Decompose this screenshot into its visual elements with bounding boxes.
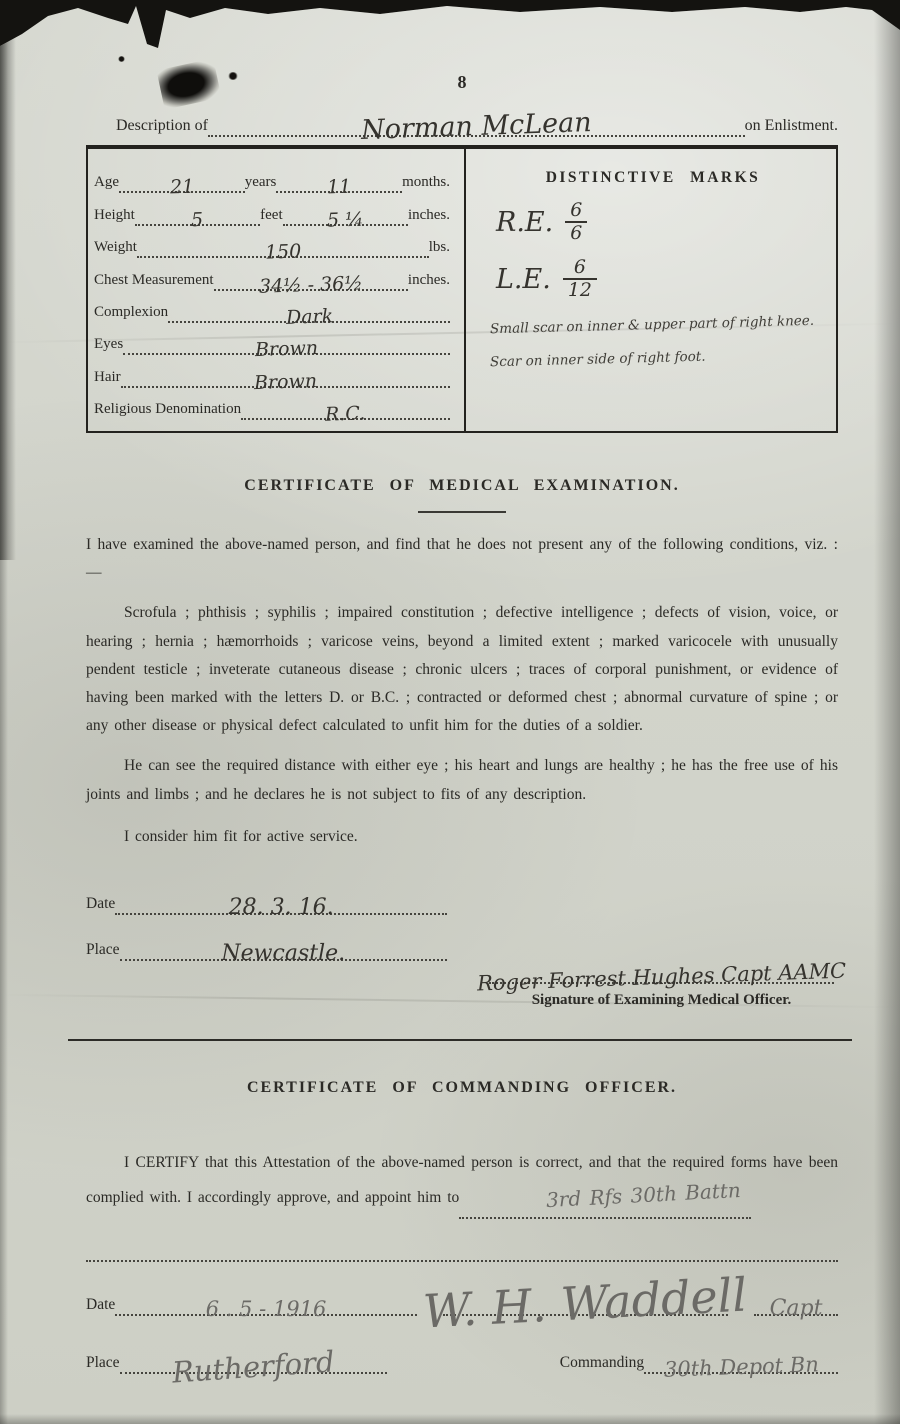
religion-label: Religious Denomination bbox=[94, 401, 241, 420]
field-row-age: Age 21 years 11 months. bbox=[94, 161, 450, 193]
height-feet-value: 5 bbox=[191, 209, 204, 231]
commanding-officer-signature: W. H. Waddell bbox=[422, 1267, 748, 1338]
left-eye-label: L.E. bbox=[496, 264, 551, 295]
scan-edge-shadow bbox=[0, 1414, 900, 1424]
fit-for-service-statement: I consider him fit for active service. bbox=[86, 823, 838, 851]
height-inches-value: 5 ¼ bbox=[327, 208, 364, 231]
commanding-date-row: Date 6 . 5 - 1916 W. H. Waddell Capt bbox=[86, 1276, 838, 1316]
title-divider bbox=[418, 511, 506, 513]
right-eye-label: R.E. bbox=[496, 207, 553, 238]
medical-place-row: Place Newcastle. bbox=[86, 941, 447, 961]
medical-place-value: Newcastle. bbox=[221, 941, 345, 966]
commanding-signature-field: W. H. Waddell bbox=[443, 1276, 728, 1316]
field-row-eyes: Eyes Brown bbox=[94, 323, 450, 355]
description-line: Description of Norman McLean on Enlistme… bbox=[86, 111, 838, 137]
age-label: Age bbox=[94, 174, 119, 193]
medical-place-field: Newcastle. bbox=[120, 941, 447, 961]
inches-unit: inches. bbox=[408, 207, 450, 226]
weight-value: 150 bbox=[264, 241, 301, 264]
right-eye-fraction: 6 6 bbox=[565, 201, 587, 244]
field-row-height: Height 5 feet 5 ¼ inches. bbox=[94, 193, 450, 225]
distinctive-mark-note: Small scar on inner & upper part of righ… bbox=[490, 313, 816, 338]
age-years-field: 21 bbox=[119, 176, 245, 193]
chest-label: Chest Measurement bbox=[94, 272, 214, 291]
distinctive-mark-note: Scar on inner side of right foot. bbox=[490, 346, 816, 371]
weight-label: Weight bbox=[94, 239, 137, 258]
left-eye-test: L.E. 6 12 bbox=[496, 258, 816, 301]
medical-signature-caption: Signature of Examining Medical Officer. bbox=[489, 992, 834, 1009]
eyes-label: Eyes bbox=[94, 336, 123, 355]
appointment-field: 3rd Rfs 30th Battn bbox=[459, 1180, 751, 1218]
commanding-unit-value: 30th Depot Bn bbox=[663, 1352, 819, 1381]
hair-field: Brown bbox=[121, 371, 450, 388]
commanding-certificate-title: CERTIFICATE OF COMMANDING OFFICER. bbox=[86, 1079, 838, 1097]
age-months-field: 11 bbox=[276, 176, 402, 193]
scan-edge-shadow bbox=[0, 0, 8, 1424]
commanding-date-value: 6 . 5 - 1916 bbox=[206, 1297, 327, 1321]
right-eye-test: R.E. 6 6 bbox=[496, 201, 816, 244]
commanding-unit-group: Commanding 30th Depot Bn bbox=[560, 1354, 838, 1374]
date-group: Date 6 . 5 - 1916 bbox=[86, 1296, 417, 1316]
left-eye-fraction: 6 12 bbox=[563, 258, 597, 301]
hair-label: Hair bbox=[94, 369, 121, 388]
scanned-document: 8 Description of Norman McLean on Enlist… bbox=[0, 0, 900, 1424]
medical-health-paragraph: He can see the required distance with ei… bbox=[86, 752, 838, 808]
medical-date-field: 28. 3. 16. bbox=[115, 895, 447, 915]
name-field: Norman McLean bbox=[208, 111, 745, 137]
dotted-rule bbox=[86, 1260, 838, 1262]
age-months-value: 11 bbox=[327, 176, 352, 199]
paper-speck bbox=[118, 56, 125, 62]
hair-value: Brown bbox=[253, 370, 317, 394]
chest-value: 34½ - 36½ bbox=[259, 272, 363, 298]
date-label: Date bbox=[86, 895, 115, 915]
recruit-name-handwriting: Norman McLean bbox=[361, 107, 593, 146]
appointment-value: 3rd Rfs 30th Battn bbox=[507, 1172, 741, 1221]
rank-value: Capt bbox=[770, 1296, 823, 1321]
commanding-place-value: Rutherford bbox=[171, 1344, 335, 1389]
medical-certificate-title: CERTIFICATE OF MEDICAL EXAMINATION. bbox=[86, 477, 838, 495]
enlistment-label: on Enlistment. bbox=[745, 117, 838, 137]
eyes-field: Brown bbox=[123, 338, 450, 355]
months-unit: months. bbox=[402, 174, 450, 193]
religion-value: R.C. bbox=[325, 402, 366, 425]
religion-field: R.C. bbox=[241, 403, 450, 420]
date-label: Date bbox=[86, 1296, 115, 1316]
commanding-place-row: Place Rutherford Commanding 30th Depot B… bbox=[86, 1350, 838, 1374]
commanding-date-field: 6 . 5 - 1916 bbox=[115, 1297, 417, 1316]
scan-edge-shadow bbox=[874, 0, 900, 1424]
feet-unit: feet bbox=[260, 207, 282, 226]
height-label: Height bbox=[94, 207, 135, 226]
physical-description-cell: Age 21 years 11 months. Height 5 feet 5 … bbox=[88, 149, 466, 431]
complexion-value: Dark bbox=[285, 305, 333, 329]
distinctive-marks-cell: DISTINCTIVE MARKS R.E. 6 6 L.E. 6 12 bbox=[466, 149, 836, 431]
description-table: Age 21 years 11 months. Height 5 feet 5 … bbox=[86, 145, 838, 433]
field-row-weight: Weight 150 lbs. bbox=[94, 226, 450, 258]
complexion-field: Dark bbox=[168, 306, 450, 323]
weight-field: 150 bbox=[137, 241, 429, 258]
age-years-value: 21 bbox=[169, 176, 194, 199]
paper-sheet: 8 Description of Norman McLean on Enlist… bbox=[0, 0, 900, 1424]
document-content: 8 Description of Norman McLean on Enlist… bbox=[0, 0, 900, 1374]
commanding-certify-paragraph: I CERTIFY that this Attestation of the a… bbox=[86, 1149, 838, 1216]
rank-field: Capt bbox=[754, 1296, 838, 1316]
medical-signature-block: Roger Forrest Hughes Capt AAMC Signature… bbox=[489, 965, 834, 1009]
chest-inches-unit: inches. bbox=[408, 272, 450, 291]
medical-intro-paragraph: I have examined the above-named person, … bbox=[86, 531, 838, 587]
distinctive-marks-title: DISTINCTIVE MARKS bbox=[490, 169, 816, 187]
commanding-place-field: Rutherford bbox=[120, 1350, 387, 1374]
chest-field: 34½ - 36½ bbox=[214, 274, 408, 291]
complexion-label: Complexion bbox=[94, 304, 168, 323]
commanding-label: Commanding bbox=[560, 1354, 644, 1374]
medical-conditions-paragraph: Scrofula ; phthisis ; syphilis ; impaire… bbox=[86, 599, 838, 740]
lbs-unit: lbs. bbox=[429, 239, 450, 258]
height-feet-field: 5 bbox=[135, 209, 260, 226]
place-label: Place bbox=[86, 1354, 120, 1374]
height-inches-field: 5 ¼ bbox=[283, 209, 408, 226]
eyes-value: Brown bbox=[255, 337, 319, 361]
paper-speck bbox=[228, 72, 238, 80]
description-label: Description of bbox=[116, 117, 208, 137]
place-group: Place Rutherford bbox=[86, 1350, 387, 1374]
years-unit: years bbox=[245, 174, 277, 193]
medical-date-row: Date 28. 3. 16. bbox=[86, 895, 447, 915]
section-divider bbox=[68, 1039, 852, 1041]
medical-signature-field: Roger Forrest Hughes Capt AAMC bbox=[489, 965, 834, 984]
place-label: Place bbox=[86, 941, 120, 961]
medical-officer-signature: Roger Forrest Hughes Capt AAMC bbox=[477, 959, 847, 996]
commanding-unit-field: 30th Depot Bn bbox=[644, 1355, 838, 1374]
medical-date-value: 28. 3. 16. bbox=[229, 895, 334, 920]
